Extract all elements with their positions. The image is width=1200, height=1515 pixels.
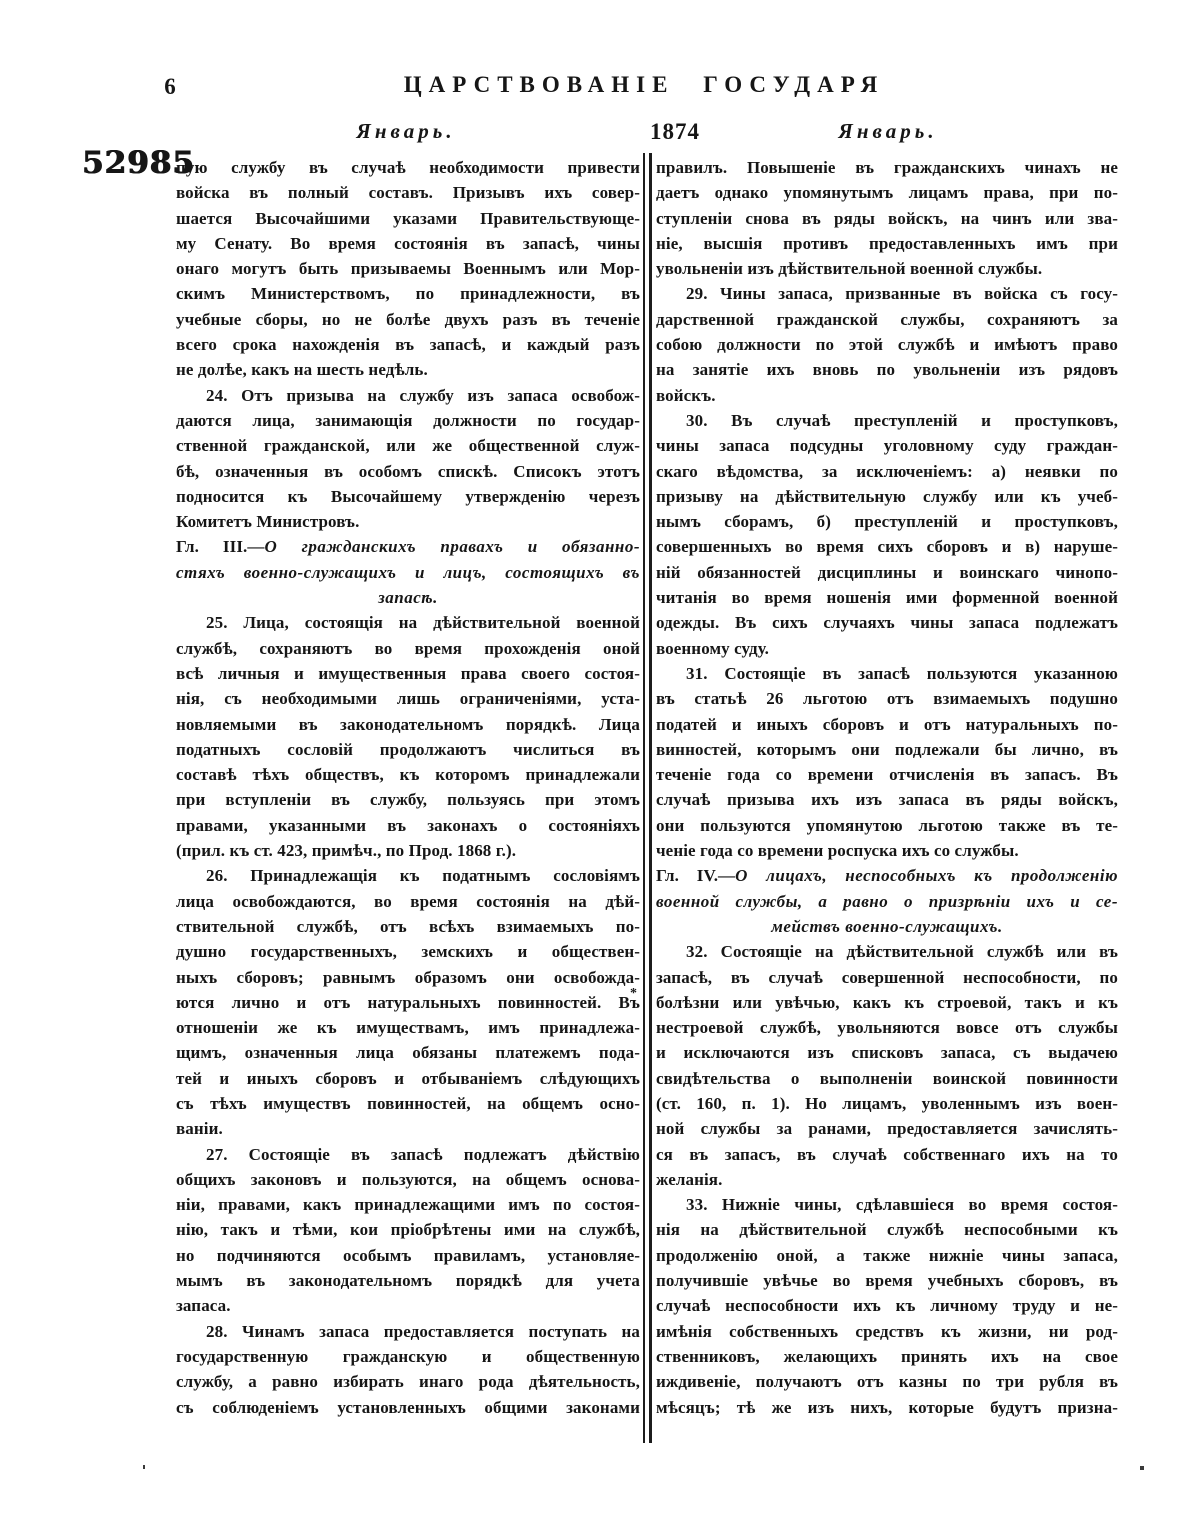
text-line: желанія. [656, 1167, 1118, 1192]
text-line: случаѣ призыва ихъ изъ запаса въ ряды во… [656, 787, 1118, 812]
text-line: съ соблюденіемъ установленныхъ общими за… [176, 1395, 640, 1420]
text-line: ныхъ сборовъ; равнымъ образомъ они освоб… [176, 965, 640, 990]
footnote-asterisk-mark: * [630, 986, 637, 1002]
ink-speck [1140, 1466, 1144, 1470]
text-line: му Сенату. Во время состоянія въ запасѣ,… [176, 231, 640, 256]
text-line: ченіе года со времени роспуска ихъ со сл… [656, 838, 1118, 863]
text-line: ній обязанностей дисциплины и воинскаго … [656, 560, 1118, 585]
text-line: военной службы, а равно о призрѣніи ихъ … [656, 889, 1118, 914]
text-line: подносится къ Высочайшему утвержденію че… [176, 484, 640, 509]
text-line: запаса. [176, 1293, 640, 1318]
text-line: Комитетъ Министровъ. [176, 509, 640, 534]
paragraph: 25. Лица, состоящія на дѣйствительной во… [176, 610, 640, 863]
text-line: мействъ военно-служащихъ. [656, 914, 1118, 939]
text-line: болѣзни или увѣчью, какъ къ строевой, та… [656, 990, 1118, 1015]
text-line: даетъ однако упомянутымъ лицамъ права, п… [656, 180, 1118, 205]
text-line: шается Высочайшими указами Правительству… [176, 206, 640, 231]
text-line: 27. Состоящіе въ запасѣ подлежатъ дѣйств… [176, 1142, 640, 1167]
text-line: пую службу въ случаѣ необходимости приве… [176, 155, 640, 180]
paragraph: 33. Нижніе чины, сдѣлавшіеся во время со… [656, 1192, 1118, 1420]
text-line: 29. Чины запаса, призванные въ войска съ… [656, 281, 1118, 306]
text-line: государственную гражданскую и общественн… [176, 1344, 640, 1369]
text-line: мымъ въ законодательномъ порядкѣ для уче… [176, 1268, 640, 1293]
text-line: нымъ сборамъ, б) преступленій и проступк… [656, 509, 1118, 534]
paragraph: 28. Чинамъ запаса предоставляется поступ… [176, 1319, 640, 1420]
text-line: ступленіи снова въ ряды войскъ, на чинъ … [656, 206, 1118, 231]
text-line: на занятіе ихъ вновь по увольненіи изъ р… [656, 357, 1118, 382]
text-line: запасѣ, въ случаѣ совершенной неспособно… [656, 965, 1118, 990]
text-line: нестроевой службѣ, увольняются вовсе отъ… [656, 1015, 1118, 1040]
text-line: ной службы за ранами, предоставляется за… [656, 1116, 1118, 1141]
text-line: тей и иныхъ сборовъ и отбываніемъ слѣдую… [176, 1066, 640, 1091]
paragraph: 27. Состоящіе въ запасѣ подлежатъ дѣйств… [176, 1142, 640, 1319]
month-label-right: Январь. [788, 119, 988, 144]
paragraph: 30. Въ случаѣ преступленій и проступковъ… [656, 408, 1118, 661]
text-line: нію, такъ и тѣми, кои пріобрѣтены ими на… [176, 1217, 640, 1242]
text-line: податныхъ сословій продолжаютъ числиться… [176, 737, 640, 762]
text-line: получившіе увѣчье во время учебныхъ сбор… [656, 1268, 1118, 1293]
text-line: 24. Отъ призыва на службу изъ запаса осв… [176, 383, 640, 408]
text-line: собою должности по этой службѣ и имѣютъ … [656, 332, 1118, 357]
text-line: ственниковъ, желающихъ принять ихъ на св… [656, 1344, 1118, 1369]
year-label: 1874 [595, 119, 755, 145]
text-line: 26. Принадлежащія къ податнымъ сословіям… [176, 863, 640, 888]
text-line: ются лично и отъ натуральныхъ повинносте… [176, 990, 640, 1015]
month-label-left: Январь. [306, 119, 506, 144]
text-line: 33. Нижніе чины, сдѣлавшіеся во время со… [656, 1192, 1118, 1217]
text-line: (ст. 160, п. 1). Но лицамъ, уволеннымъ и… [656, 1091, 1118, 1116]
text-line: службу, а равно избирать инаго рода дѣят… [176, 1369, 640, 1394]
text-line: отношеніи же къ имуществамъ, имъ принадл… [176, 1015, 640, 1040]
text-line: имѣнія собственныхъ средствъ къ жизни, н… [656, 1319, 1118, 1344]
text-line: податей и иныхъ сборовъ и отъ натуральны… [656, 712, 1118, 737]
text-line: но подчиняются особымъ правиламъ, устано… [176, 1243, 640, 1268]
text-line: всего срока нахожденія въ запасѣ, и кажд… [176, 332, 640, 357]
text-line: Гл. III.—О гражданскихъ правахъ и обязан… [176, 534, 640, 559]
text-line: 28. Чинамъ запаса предоставляется поступ… [176, 1319, 640, 1344]
text-line: скаго вѣдомства, за исключеніемъ: а) нея… [656, 459, 1118, 484]
text-line: щимъ, означенныя лица обязаны платежемъ … [176, 1040, 640, 1065]
text-line: съ тѣхъ имуществъ повинностей, на общемъ… [176, 1091, 640, 1116]
paragraph: правилъ. Повышеніе въ гражданскихъ чинах… [656, 155, 1118, 281]
scanned-law-page: 6 ЦАРСТВОВАНІЕ ГОСУДАРЯ Январь. 1874 Янв… [0, 0, 1200, 1515]
paragraph: 29. Чины запаса, призванные въ войска съ… [656, 281, 1118, 407]
text-line: продолженію оной, а также нижніе чины за… [656, 1243, 1118, 1268]
chapter-heading: Гл. III.—О гражданскихъ правахъ и обязан… [176, 534, 640, 610]
text-line: ніи, правами, какъ принадлежащими имъ по… [176, 1192, 640, 1217]
text-line: они пользуются упомянутою льготою также … [656, 813, 1118, 838]
text-line: чины запаса подсудны уголовному суду гра… [656, 433, 1118, 458]
text-line: войскъ. [656, 383, 1118, 408]
paragraph: пую службу въ случаѣ необходимости приве… [176, 155, 640, 383]
text-line: ніе, высшія противъ предоставленныхъ имъ… [656, 231, 1118, 256]
text-line: войска въ полный составъ. Призывъ ихъ со… [176, 180, 640, 205]
column-divider-rule [643, 153, 652, 1443]
text-line: теченіе года со времени отчисленія въ за… [656, 762, 1118, 787]
text-line: 25. Лица, состоящія на дѣйствительной во… [176, 610, 640, 635]
text-line: (прил. къ ст. 423, примѣч., по Прод. 186… [176, 838, 640, 863]
paragraph: 31. Состоящіе въ запасѣ пользуются указа… [656, 661, 1118, 863]
text-line: не долѣе, какъ на шесть недѣль. [176, 357, 640, 382]
text-line: новляемыми въ законодательномъ порядкѣ. … [176, 712, 640, 737]
text-line: при вступленіи въ службу, пользуясь при … [176, 787, 640, 812]
text-line: совершенныхъ во время сихъ сборовъ и в) … [656, 534, 1118, 559]
text-line: ваніи. [176, 1116, 640, 1141]
text-line: и исключаются изъ списковъ запаса, съ вы… [656, 1040, 1118, 1065]
text-line: винностей, которымъ они подлежали бы лич… [656, 737, 1118, 762]
text-line: нія на дѣйствительной службѣ неспособным… [656, 1217, 1118, 1242]
text-line: свидѣтельства о выполненіи воинской пови… [656, 1066, 1118, 1091]
paragraph: 24. Отъ призыва на службу изъ запаса осв… [176, 383, 640, 535]
text-line: скимъ Министерствомъ, по принадлежности,… [176, 281, 640, 306]
text-line: учебные сборы, но не болѣе двухъ разъ въ… [176, 307, 640, 332]
text-line: ственной гражданской, или же общественно… [176, 433, 640, 458]
chapter-label: Гл. III.— [176, 537, 265, 556]
text-line: читанія во время ношенія ими форменной в… [656, 585, 1118, 610]
text-line: ся въ запасъ, въ случаѣ собственнаго ихъ… [656, 1142, 1118, 1167]
chapter-heading: Гл. IV.—О лицахъ, неспособныхъ къ продол… [656, 863, 1118, 939]
text-line: бѣ, означенныя въ особомъ спискѣ. Список… [176, 459, 640, 484]
text-column-right: правилъ. Повышеніе въ гражданскихъ чинах… [656, 155, 1118, 1420]
text-line: лица освобождаются, во время состоянія н… [176, 889, 640, 914]
text-line: нія, съ необходимыми лишь ограниченіями,… [176, 686, 640, 711]
text-line: службѣ, сохраняютъ во время прохожденія … [176, 636, 640, 661]
text-line: ствительной службѣ, отъ всѣхъ взимаемыхъ… [176, 914, 640, 939]
text-line: душно государственныхъ, земскихъ и общес… [176, 939, 640, 964]
text-line: дарственной гражданской службы, сохраняю… [656, 307, 1118, 332]
text-line: составѣ тѣхъ обществъ, къ которомъ прина… [176, 762, 640, 787]
chapter-label: Гл. IV.— [656, 866, 735, 885]
text-line: мѣсяцъ; тѣ же изъ нихъ, которые будутъ п… [656, 1395, 1118, 1420]
text-line: правами, указанными въ законахъ о состоя… [176, 813, 640, 838]
text-line: даются лица, занимающія должности по гос… [176, 408, 640, 433]
running-title: ЦАРСТВОВАНІЕ ГОСУДАРЯ [144, 72, 1144, 98]
text-line: всѣ личныя и имущественныя права своего … [176, 661, 640, 686]
text-line: онаго могутъ быть призываемы Военнымъ ил… [176, 256, 640, 281]
text-line: въ статьѣ 26 льготою отъ взимаемыхъ поду… [656, 686, 1118, 711]
text-line: запасѣ. [176, 585, 640, 610]
text-line: случаѣ неспособности ихъ къ личному труд… [656, 1293, 1118, 1318]
text-line: 32. Состоящіе на дѣйствительной службѣ и… [656, 939, 1118, 964]
text-line: 31. Состоящіе въ запасѣ пользуются указа… [656, 661, 1118, 686]
text-line: военному суду. [656, 636, 1118, 661]
text-line: стяхъ военно-служащихъ и лицъ, состоящих… [176, 560, 640, 585]
text-line: 30. Въ случаѣ преступленій и проступковъ… [656, 408, 1118, 433]
paragraph: 32. Состоящіе на дѣйствительной службѣ и… [656, 939, 1118, 1192]
text-line: увольненіи изъ дѣйствительной военной сл… [656, 256, 1118, 281]
text-line: призыву на дѣйствительную службу или къ … [656, 484, 1118, 509]
paragraph: 26. Принадлежащія къ податнымъ сословіям… [176, 863, 640, 1141]
text-line: одежды. Въ сихъ случаяхъ чины запаса под… [656, 610, 1118, 635]
text-line: общихъ законовъ и пользуются, на общемъ … [176, 1167, 640, 1192]
text-line: правилъ. Повышеніе въ гражданскихъ чинах… [656, 155, 1118, 180]
ink-speck [143, 1465, 145, 1469]
text-line: иждивеніе, получаютъ отъ казны по три ру… [656, 1369, 1118, 1394]
text-column-left: пую службу въ случаѣ необходимости приве… [176, 155, 640, 1420]
text-line: Гл. IV.—О лицахъ, неспособныхъ къ продол… [656, 863, 1118, 888]
